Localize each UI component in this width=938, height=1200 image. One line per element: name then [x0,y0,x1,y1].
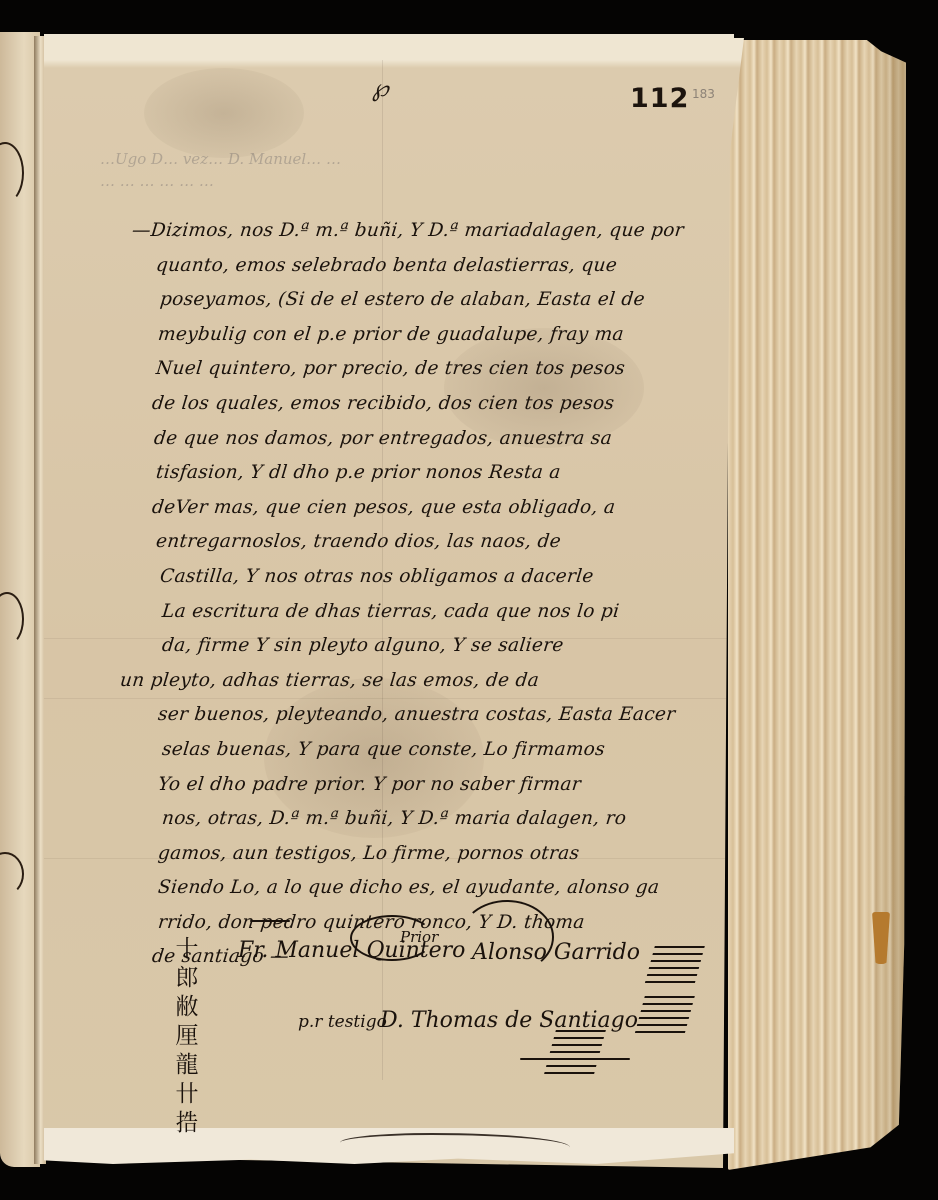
facing-page-flourish [0,852,24,896]
manuscript-line: —Dizimos, nos D.ª m.ª buñi, Y D.ª mariad… [130,214,740,249]
facing-page-flourish [0,142,24,204]
cjk-char: 厘 [172,1022,202,1051]
manuscript-line: tisfasion, Y dl dho p.e prior nonos Rest… [154,456,740,491]
manuscript-line: de los quales, emos recibido, dos cien t… [150,387,740,422]
manuscript-line: Castilla, Y nos otras nos obligamos a da… [158,560,740,595]
signature-underline [250,920,290,922]
paper-stain [144,68,304,158]
manuscript-line: un pleyto, adhas tierras, se las emos, d… [118,664,740,699]
signature-underline [520,1058,630,1060]
manuscript-line: da, firme Y sin pleyto alguno, Y se sali… [160,629,740,664]
manuscript-line: rrido, don pedro quintero ronco, Y D. th… [156,906,740,941]
signature-rubric [350,915,434,961]
page-block-edge [728,40,906,1170]
faded-line: … … … … … … [100,170,660,192]
binding-shadow [866,40,906,1170]
manuscript-line: Siendo Lo, a lo que dicho es, el ayudant… [156,871,740,906]
manuscript-line: meybulig con el p.e prior de guadalupe, … [156,318,740,353]
faded-line: …Ugo D… vez… D. Manuel… … [100,148,660,170]
manuscript-line: selas buenas, Y para que conste, Lo firm… [160,733,740,768]
chinese-signature: 十 郎 敝 厘 龍 卄 捁 [172,935,202,1138]
manuscript-line: poseyamos, (Si de el estero de alaban, E… [158,283,740,318]
manuscript-body: —Dizimos, nos D.ª m.ª buñi, Y D.ª mariad… [138,214,738,975]
manuscript-line: deVer mas, que cien pesos, que esta obli… [150,491,740,526]
old-folio-number: 183 [692,87,715,101]
folio-number: 112 [630,83,689,114]
manuscript-line: entregarnoslos, traendo dios, las naos, … [154,525,740,560]
manuscript-line: de que nos damos, por entregados, anuest… [152,422,740,457]
cjk-char: 敝 [172,993,202,1022]
facing-page-flourish [0,592,24,646]
manuscript-line: gamos, aun testigos, Lo firme, pornos ot… [156,837,740,872]
top-mark: ℘ [372,74,389,102]
manuscript-line: Nuel quintero, por precio, de tres cien … [154,352,740,387]
cjk-char: 郎 [172,964,202,993]
faded-bleedthrough-text: …Ugo D… vez… D. Manuel… … … … … … … … [100,148,660,192]
manuscript-line: quanto, emos selebrado benta delastierra… [154,249,740,284]
cjk-char: 卄 [172,1080,202,1109]
manuscript-line: ser buenos, pleyteando, anuestra costas,… [156,698,740,733]
cjk-char: 捁 [172,1109,202,1138]
manuscript-line: nos, otras, D.ª m.ª buñi, Y D.ª maria da… [160,802,740,837]
signature-rubric-hatch [645,945,705,983]
cjk-char: 十 [172,935,202,964]
manuscript-line: Yo el dho padre prior. Y por no saber fi… [156,768,740,803]
signature-rubric-hatch [635,995,695,1033]
manuscript-line: La escritura de dhas tierras, cada que n… [160,595,740,630]
signature-rubric [460,900,554,974]
cjk-char: 龍 [172,1051,202,1080]
signature-witness-prefix: p.r testigo [298,1012,387,1032]
